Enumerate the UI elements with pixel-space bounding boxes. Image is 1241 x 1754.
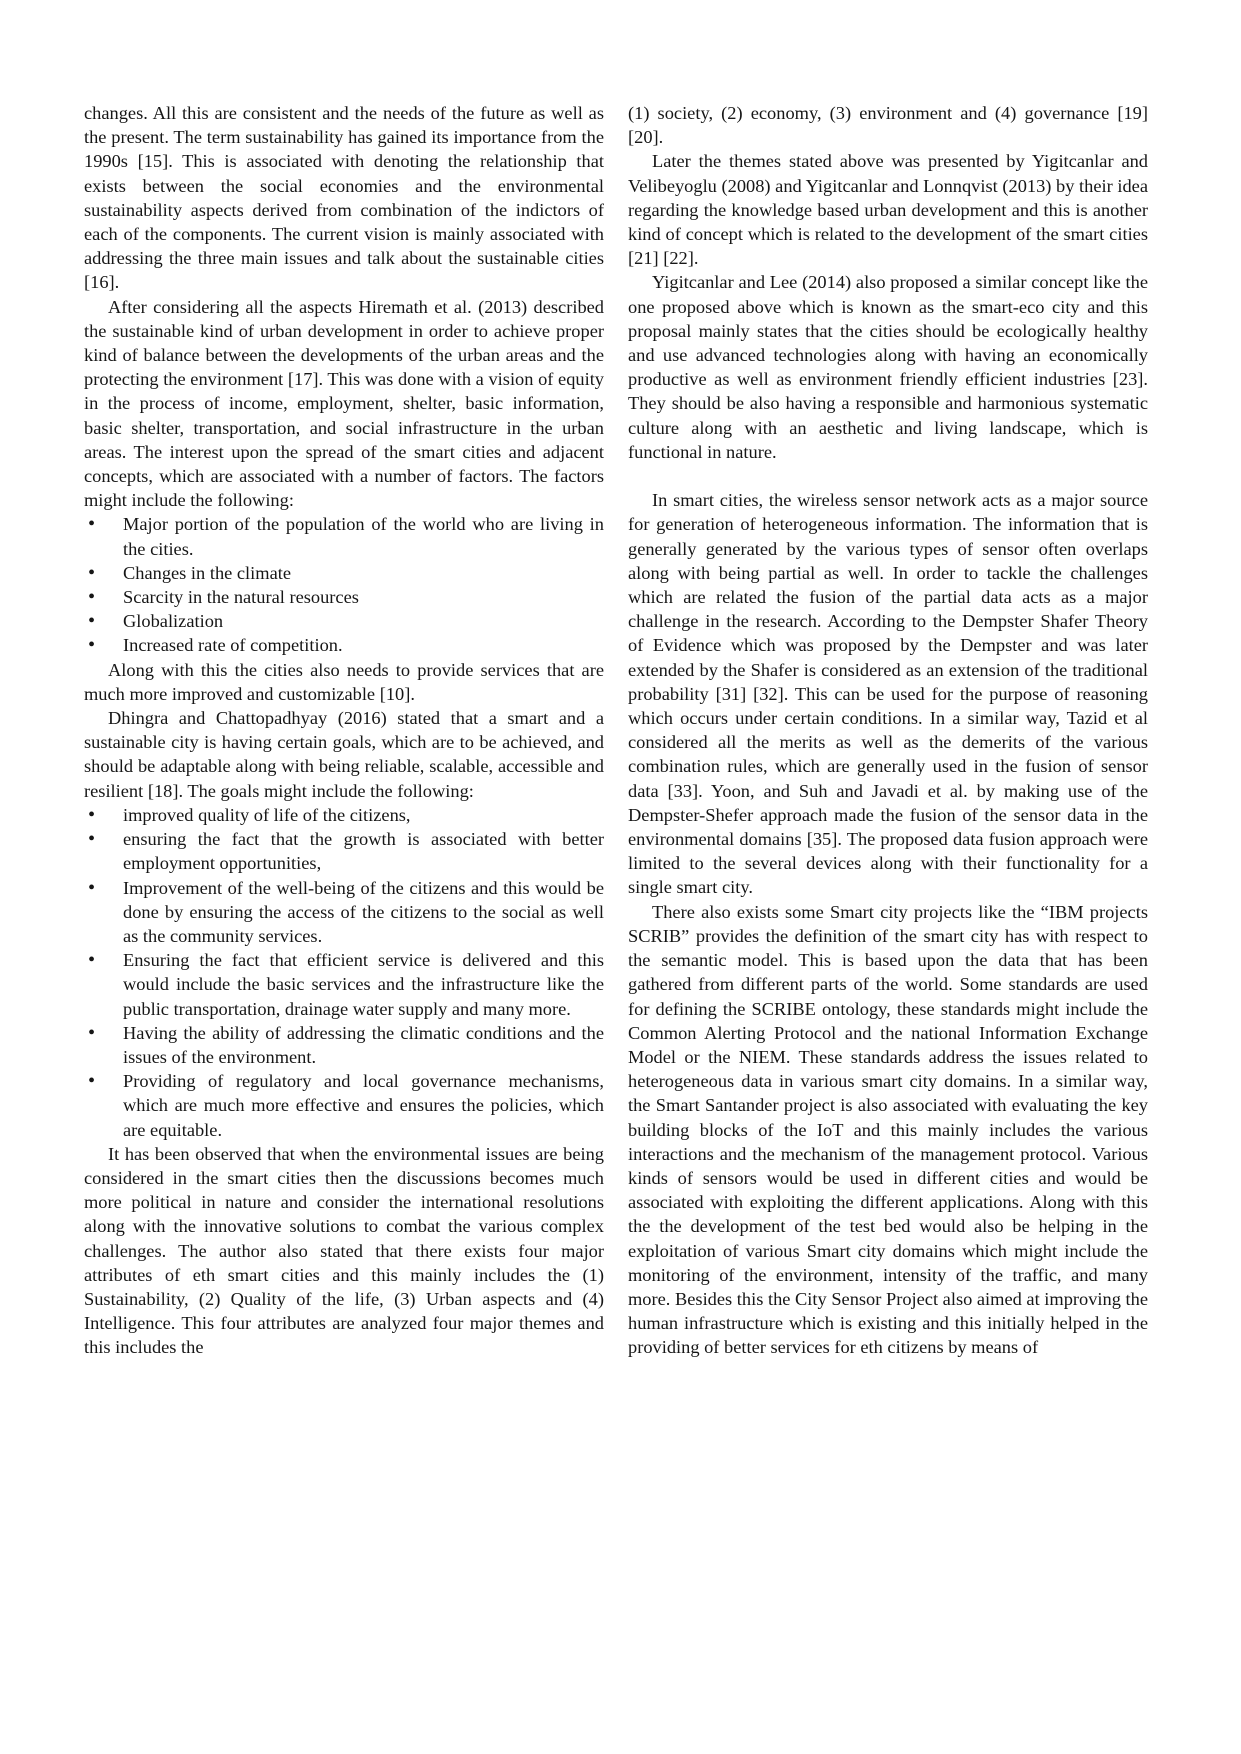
- bullet-item: Globalization: [84, 609, 604, 633]
- bullet-item: Improvement of the well-being of the cit…: [84, 876, 604, 949]
- bullet-item: Changes in the climate: [84, 561, 604, 585]
- paragraph: Yigitcanlar and Lee (2014) also proposed…: [628, 270, 1148, 464]
- paragraph: There also exists some Smart city projec…: [628, 900, 1148, 1360]
- bullet-list-factors: Major portion of the population of the w…: [84, 512, 604, 657]
- paragraph: Along with this the cities also needs to…: [84, 658, 604, 706]
- bullet-item: improved quality of life of the citizens…: [84, 803, 604, 827]
- paragraph-continuation: (1) society, (2) economy, (3) environmen…: [628, 101, 1148, 149]
- bullet-item: Providing of regulatory and local govern…: [84, 1069, 604, 1142]
- paragraph: In smart cities, the wireless sensor net…: [628, 488, 1148, 899]
- right-column: (1) society, (2) economy, (3) environmen…: [628, 101, 1148, 1360]
- bullet-item: Scarcity in the natural resources: [84, 585, 604, 609]
- bullet-item: ensuring the fact that the growth is ass…: [84, 827, 604, 875]
- left-column: changes. All this are consistent and the…: [84, 101, 604, 1360]
- paragraph-continuation: changes. All this are consistent and the…: [84, 101, 604, 295]
- bullet-item: Ensuring the fact that efficient service…: [84, 948, 604, 1021]
- document-page-body: changes. All this are consistent and the…: [84, 101, 1148, 1360]
- paragraph: It has been observed that when the envir…: [84, 1142, 604, 1360]
- bullet-item: Increased rate of competition.: [84, 633, 604, 657]
- bullet-item: Having the ability of addressing the cli…: [84, 1021, 604, 1069]
- paragraph: Later the themes stated above was presen…: [628, 149, 1148, 270]
- paragraph: Dhingra and Chattopadhyay (2016) stated …: [84, 706, 604, 803]
- paragraph: After considering all the aspects Hirema…: [84, 295, 604, 513]
- bullet-item: Major portion of the population of the w…: [84, 512, 604, 560]
- bullet-list-goals: improved quality of life of the citizens…: [84, 803, 604, 1142]
